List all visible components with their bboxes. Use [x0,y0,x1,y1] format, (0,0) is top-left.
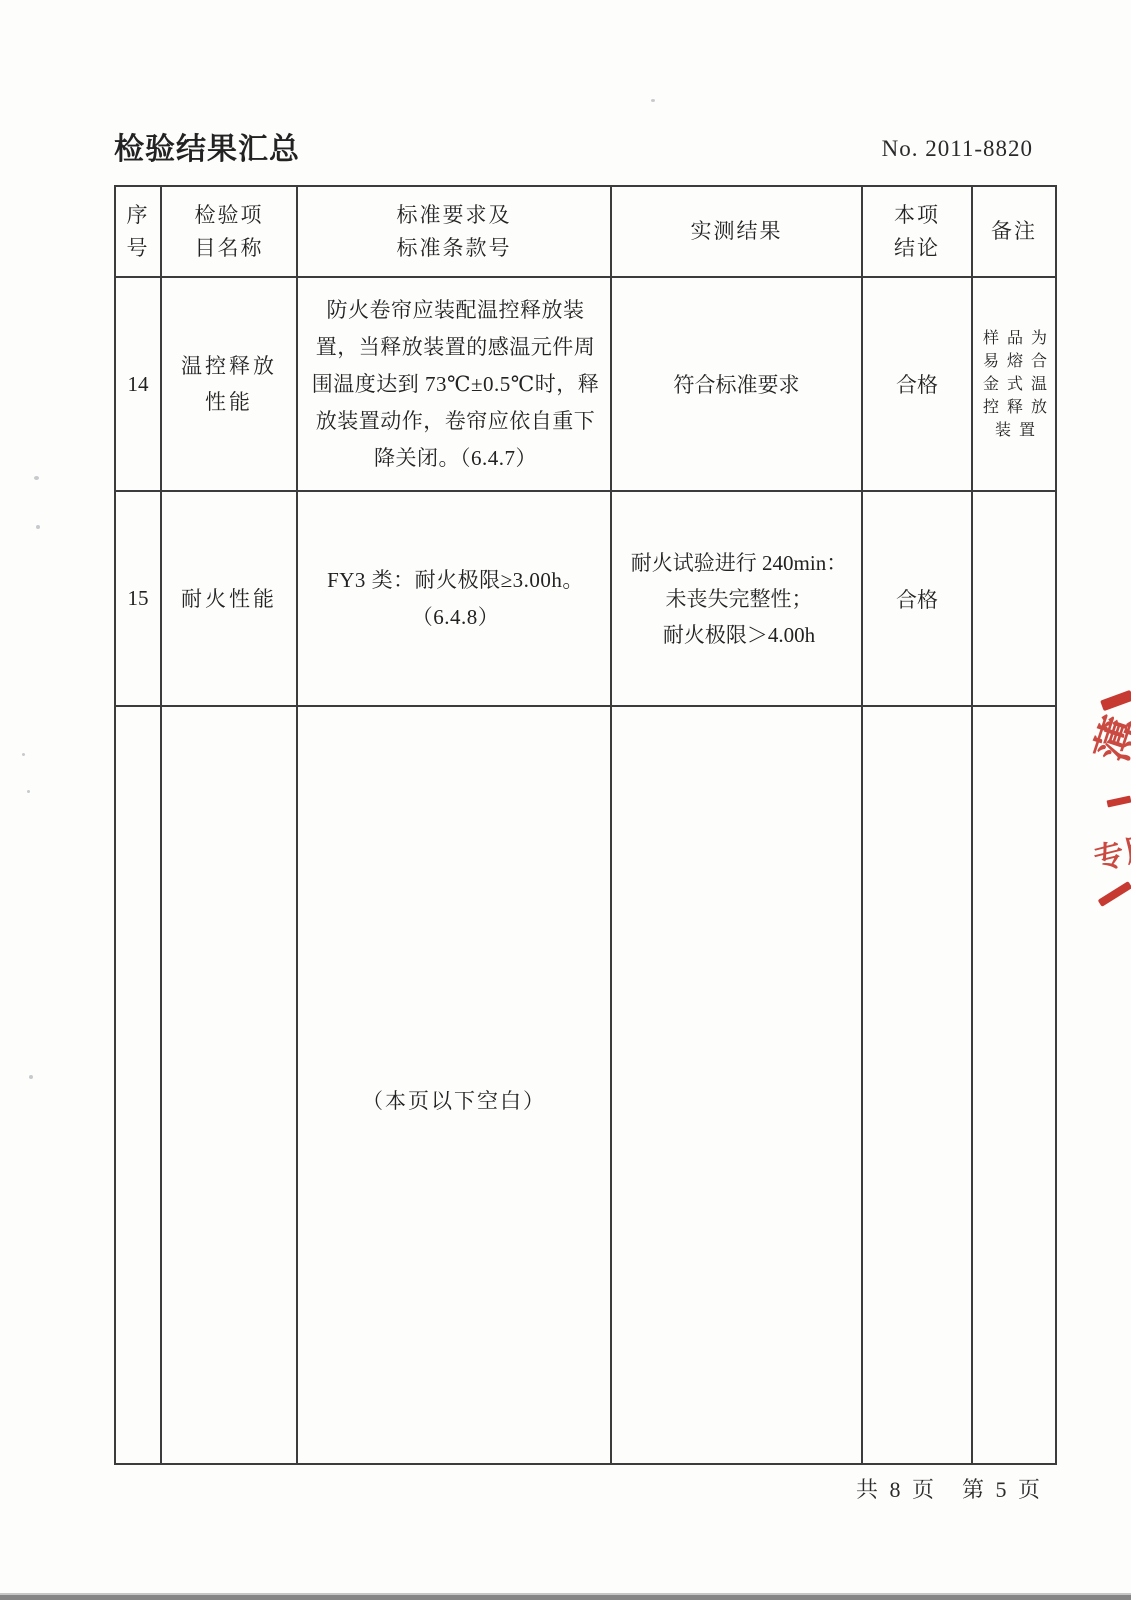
stamp-stroke-icon [1107,796,1131,808]
row14-conclusion: 合格 [862,277,972,491]
page-title: 检验结果汇总 [114,124,300,168]
report-number: No. 2011-8820 [882,136,1033,162]
table-row-15: 15 耐火性能 FY3 类：耐火极限≥3.00h。 （6.4.8） 耐火试验进行… [115,491,1056,706]
page-pagination: 共 8 页 第 5 页 [856,1473,1043,1504]
blank-page-note: （本页以下空白） [297,706,611,1464]
stamp-character: 薄 [1085,707,1131,769]
blank-conclusion [862,706,972,1464]
scan-speck [36,525,40,529]
row14-remark: 样品为 易熔合 金式温 控释放 装置 [972,277,1056,491]
row15-no: 15 [115,491,161,706]
blank-result [611,706,862,1464]
blank-item [161,706,297,1464]
row15-remark [972,491,1056,706]
red-stamp-fragment: 薄 专用 [1085,688,1131,910]
row15-item: 耐火性能 [161,491,297,706]
scan-speck [34,476,39,480]
row15-result: 耐火试验进行 240min： 未丧失完整性； 耐火极限＞4.00h [611,491,862,706]
header-col-remark: 备注 [972,186,1056,277]
scan-edge-strip [0,1593,1131,1600]
header-col-item: 检验项 目名称 [161,186,297,277]
scanned-report-page: 检验结果汇总 No. 2011-8820 序 号 检验项 目名称 标准要求及 标… [0,0,1131,1600]
table-row-blank: （本页以下空白） [115,706,1056,1464]
stamp-character: 专用 [1089,821,1131,879]
header-col-result: 实测结果 [611,186,862,277]
scan-speck [27,790,30,793]
header-col-conclusion: 本项 结论 [862,186,972,277]
blank-no [115,706,161,1464]
table-row-14: 14 温控释放 性能 防火卷帘应装配温控释放装置，当释放装置的感温元件周围温度达… [115,277,1056,491]
scan-speck [29,1075,33,1079]
row14-no: 14 [115,277,161,491]
blank-remark [972,706,1056,1464]
scan-speck [651,99,655,102]
row15-standard: FY3 类：耐火极限≥3.00h。 （6.4.8） [297,491,611,706]
table-header-row: 序 号 检验项 目名称 标准要求及 标准条款号 实测结果 本项 结论 备注 [115,186,1056,277]
results-table: 序 号 检验项 目名称 标准要求及 标准条款号 实测结果 本项 结论 备注 14… [114,185,1057,1465]
row14-result: 符合标准要求 [611,277,862,491]
header-col-no: 序 号 [115,186,161,277]
stamp-stroke-icon [1098,881,1131,907]
scan-speck [22,753,25,756]
row14-item: 温控释放 性能 [161,277,297,491]
stamp-stroke-icon [1100,690,1131,711]
header-col-standard: 标准要求及 标准条款号 [297,186,611,277]
row15-conclusion: 合格 [862,491,972,706]
row14-standard: 防火卷帘应装配温控释放装置，当释放装置的感温元件周围温度达到 73℃±0.5℃时… [297,277,611,491]
